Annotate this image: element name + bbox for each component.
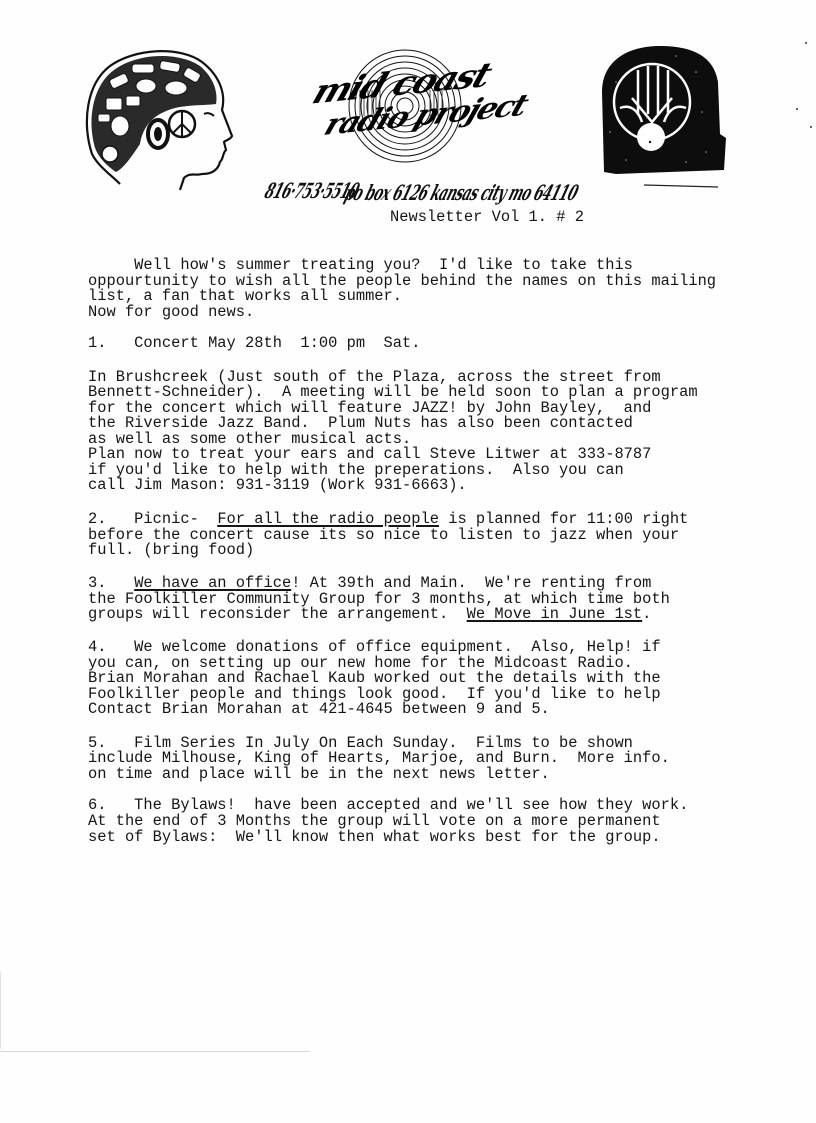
item-2-line: full. (bring food) bbox=[88, 543, 254, 559]
vintage-radio-illustration bbox=[596, 42, 746, 192]
item-3-line3-suffix: . bbox=[642, 605, 651, 623]
item-5-line: on time and place will be in the next ne… bbox=[88, 767, 550, 783]
item-4-line: Contact Brian Morahan at 421-4645 betwee… bbox=[88, 702, 550, 718]
scan-edge-line bbox=[0, 1051, 310, 1052]
item-1-heading: 1. Concert May 28th 1:00 pm Sat. bbox=[88, 336, 421, 352]
item-3-move-date: We Move in June 1st bbox=[467, 605, 642, 623]
contact-address: po box 6126 kansas city mo 64110 bbox=[342, 180, 581, 205]
intro-line-4: Now for good news. bbox=[88, 305, 254, 321]
scan-speck bbox=[796, 108, 798, 110]
item-3-line3-prefix: groups will reconsider the arrangement. bbox=[88, 605, 467, 623]
phrenology-head-illustration bbox=[80, 44, 240, 200]
item-1-line: call Jim Mason: 931-3119 (Work 931-6663)… bbox=[88, 478, 467, 494]
newsletter-title: Newsletter Vol 1. # 2 bbox=[390, 210, 584, 226]
newsletter-page: mid coast radio project 816·753·5510 po … bbox=[0, 0, 816, 1123]
scan-speck bbox=[805, 42, 807, 44]
item-3-line: groups will reconsider the arrangement. … bbox=[88, 607, 651, 623]
item-6-line: set of Bylaws: We'll know then what work… bbox=[88, 830, 661, 846]
scan-edge-curve bbox=[0, 970, 5, 1050]
scan-speck bbox=[810, 126, 812, 128]
